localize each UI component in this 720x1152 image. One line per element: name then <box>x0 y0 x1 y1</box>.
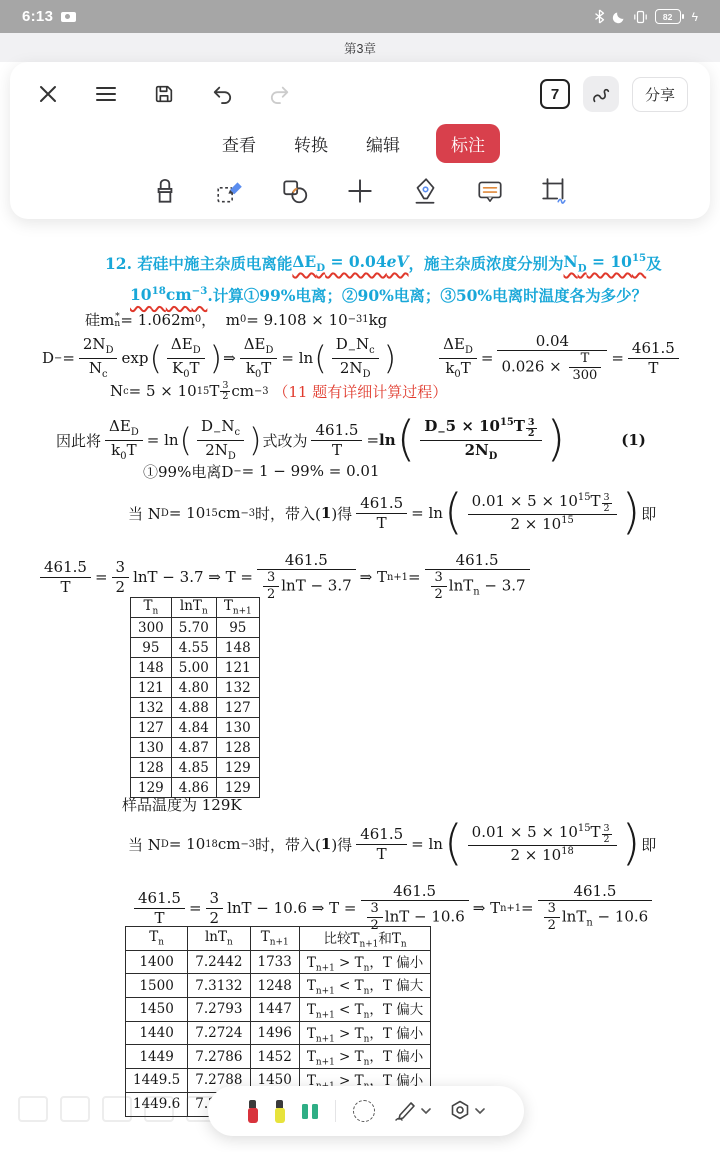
signature-pen-tool[interactable] <box>403 171 447 211</box>
table-cell: 1449 <box>126 1045 188 1069</box>
table-header-cell: lnTn <box>171 598 216 618</box>
table-cell: 95 <box>131 638 172 658</box>
save-button[interactable] <box>148 78 180 110</box>
table-row: 1485.00121 <box>131 658 260 678</box>
table-header-cell: Tn <box>131 598 172 618</box>
chapter-title: 第3章 <box>344 39 376 57</box>
table-cell: Tn+1 > Tn，T 偏小 <box>299 950 430 974</box>
share-button[interactable]: 分享 <box>632 77 688 112</box>
table-cell: 132 <box>131 698 172 718</box>
table-cell: 1450 <box>126 998 188 1022</box>
table-header-cell: lnTn <box>188 927 250 951</box>
redo-button[interactable] <box>264 78 296 110</box>
gesture-pen-icon[interactable] <box>583 76 619 112</box>
table-row: 1304.87128 <box>131 738 260 758</box>
table-cell: 1400 <box>126 950 188 974</box>
table-cell: 95 <box>216 618 259 638</box>
substitute-1e15-line: 当 ND = 1015cm−3时，带入(1)得461.5T = ln(0.01 … <box>128 484 656 542</box>
table-cell: 7.2786 <box>188 1045 250 1069</box>
close-button[interactable] <box>32 78 64 110</box>
table-cell: 1449.5 <box>126 1069 188 1093</box>
table-header-cell: Tn+1 <box>250 927 299 951</box>
table-cell: 4.84 <box>171 718 216 738</box>
table-cell: 4.80 <box>171 678 216 698</box>
table-header-cell: 比较Tn+1和Tn <box>299 927 430 951</box>
toolbar-row: 7 分享 <box>10 74 710 114</box>
table-cell: 7.3132 <box>188 974 250 998</box>
table-row: 3005.7095 <box>131 618 260 638</box>
pen-style-button[interactable] <box>392 1095 431 1127</box>
table-cell: 1733 <box>250 950 299 974</box>
table-cell: 130 <box>131 738 172 758</box>
comment-note-tool[interactable] <box>468 171 512 211</box>
iteration-formula-2: 461.5T = 32lnT − 10.6 ⇒ T = 461.532lnT −… <box>130 884 656 932</box>
table-cell: Tn+1 > Tn，T 偏小 <box>299 1021 430 1045</box>
table-cell: 300 <box>131 618 172 638</box>
table-cell: 5.00 <box>171 658 216 678</box>
table-cell: 121 <box>131 678 172 698</box>
chevron-down-icon[interactable] <box>475 1108 485 1115</box>
table1-result-caption: 样品温度为 129K <box>122 794 242 815</box>
shapes-tool[interactable] <box>273 171 317 211</box>
charging-icon: ϟ <box>692 10 698 24</box>
table-cell: 1500 <box>126 974 188 998</box>
table-row: 14507.27931447Tn+1 < Tn，T 偏大 <box>126 998 431 1022</box>
ionization-99-line: ①99%电离D− = 1 − 99% = 0.01 <box>143 462 379 480</box>
table-cell: 7.2724 <box>188 1021 250 1045</box>
table-cell: 130 <box>216 718 259 738</box>
screen-record-icon <box>61 12 76 22</box>
add-annotation-tool[interactable] <box>338 171 382 211</box>
annotation-tools-row <box>10 168 710 214</box>
screen: { "status_bar": { "time": "6:13", "batte… <box>0 0 720 1152</box>
tab-edit[interactable]: 编辑 <box>364 125 402 162</box>
table-cell: 148 <box>131 658 172 678</box>
table-cell: 4.85 <box>171 758 216 778</box>
table-cell: 129 <box>216 758 259 778</box>
document-page: 12. 若硅中施主杂质电离能ΔED = 0.04eV，施主杂质浓度分别为ND =… <box>0 62 720 1152</box>
table-cell: 7.2442 <box>188 950 250 974</box>
table-cell: 148 <box>216 638 259 658</box>
table-cell: Tn+1 > Tn，T 偏小 <box>299 1045 430 1069</box>
faded-toolbar-ghost <box>18 1096 216 1122</box>
table-cell: 128 <box>216 738 259 758</box>
battery-indicator: 82 <box>655 9 681 24</box>
table-row: 1284.85129 <box>131 758 260 778</box>
table-cell: 4.88 <box>171 698 216 718</box>
status-bar: 6:13 82 ϟ <box>0 0 720 33</box>
bluetooth-icon <box>594 9 605 24</box>
iteration-formula-1: 461.5T = 32lnT − 3.7 ⇒ T = 461.532lnT − … <box>36 553 534 601</box>
table-cell: 1447 <box>250 998 299 1022</box>
table-cell: 1452 <box>250 1045 299 1069</box>
table-header-cell: Tn+1 <box>216 598 259 618</box>
chevron-down-icon[interactable] <box>421 1108 431 1115</box>
page-number-indicator[interactable]: 7 <box>540 79 570 109</box>
pen-toolbar <box>208 1086 524 1136</box>
tab-annotate[interactable]: 标注 <box>436 124 500 163</box>
flatten-marker-tool[interactable] <box>143 171 187 211</box>
mode-tabs: 查看 转换 编辑 标注 <box>10 122 710 164</box>
table-cell: 1248 <box>250 974 299 998</box>
problem-text-line2: 1018cm−3.计算①99%电离；②90%电离；③50%电离时温度各为多少？ <box>130 284 647 306</box>
nc-line: Nc = 5 × 1015T32 cm−3 （11 题有详细计算过程） <box>110 374 447 408</box>
area-highlight-tool[interactable] <box>208 171 252 211</box>
iteration-table-1: TnlnTnTn+1 3005.7095954.551481485.001211… <box>130 597 260 798</box>
table-cell: 127 <box>131 718 172 738</box>
undo-button[interactable] <box>206 78 238 110</box>
substitute-1e18-line: 当 ND = 1018cm−3时，带入(1)得461.5T = ln(0.01 … <box>128 815 656 873</box>
red-pen-button[interactable] <box>248 1095 258 1127</box>
table-cell: 5.70 <box>171 618 216 638</box>
pen-settings-button[interactable] <box>448 1095 485 1127</box>
menu-icon[interactable] <box>90 78 122 110</box>
crop-signature-tool[interactable] <box>533 171 577 211</box>
table-cell: 128 <box>131 758 172 778</box>
table-header-cell: Tn <box>126 927 188 951</box>
tab-view[interactable]: 查看 <box>220 125 258 162</box>
vibrate-icon <box>633 10 648 24</box>
table-cell: 1496 <box>250 1021 299 1045</box>
table-row: 1324.88127 <box>131 698 260 718</box>
document-title-bar: 第3章 <box>0 33 720 62</box>
table-row: 14007.24421733Tn+1 > Tn，T 偏小 <box>126 950 431 974</box>
table-cell: 4.87 <box>171 738 216 758</box>
table-cell: Tn+1 < Tn，T 偏大 <box>299 974 430 998</box>
table-row: 14407.27241496Tn+1 > Tn，T 偏小 <box>126 1021 431 1045</box>
table-row: 954.55148 <box>131 638 260 658</box>
table-row: 1274.84130 <box>131 718 260 738</box>
table-row: 14497.27861452Tn+1 > Tn，T 偏小 <box>126 1045 431 1069</box>
clock: 6:13 <box>22 8 53 25</box>
table-cell: 4.55 <box>171 638 216 658</box>
annotation-toolbar-card: 7 分享 查看 转换 编辑 标注 <box>10 62 710 219</box>
table-cell: 1440 <box>126 1021 188 1045</box>
eraser-button[interactable] <box>302 1095 318 1127</box>
table-cell: 132 <box>216 678 259 698</box>
lasso-select-button[interactable] <box>353 1095 375 1127</box>
table-row: 1214.80132 <box>131 678 260 698</box>
table-cell: Tn+1 < Tn，T 偏大 <box>299 998 430 1022</box>
problem-text-line1: 12. 若硅中施主杂质电离能ΔED = 0.04eV，施主杂质浓度分别为ND =… <box>105 252 662 274</box>
toolbar-divider <box>335 1100 336 1122</box>
dnd-moon-icon <box>612 10 626 24</box>
mass-line: 硅m∗n = 1.062m0， m0 = 9.108 × 10−31kg <box>85 309 387 330</box>
table-cell: 121 <box>216 658 259 678</box>
table-cell: 7.2793 <box>188 998 250 1022</box>
table-row: 15007.31321248Tn+1 < Tn，T 偏大 <box>126 974 431 998</box>
yellow-highlighter-button[interactable] <box>275 1095 285 1127</box>
tab-convert[interactable]: 转换 <box>292 125 330 162</box>
table-cell: 127 <box>216 698 259 718</box>
